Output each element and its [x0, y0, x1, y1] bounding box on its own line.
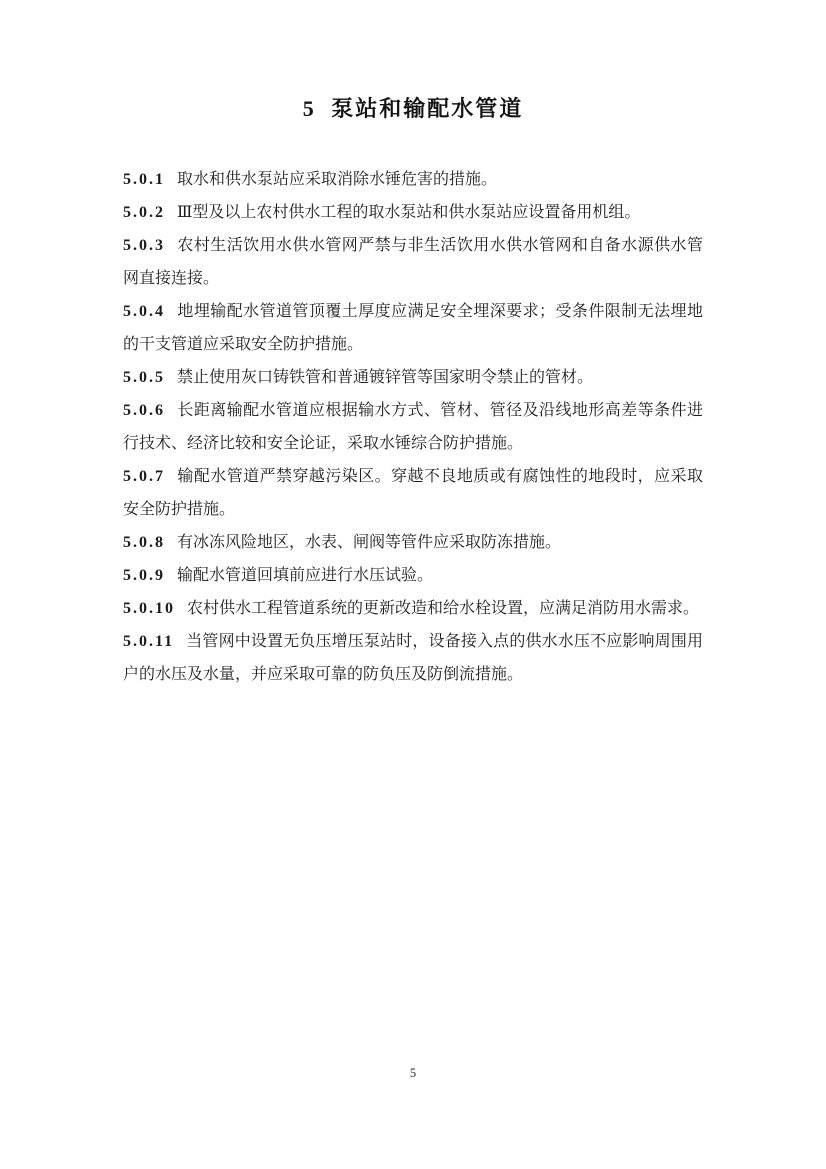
clause-number: 5.0.6	[123, 402, 165, 419]
page-number: 5	[410, 1066, 416, 1080]
page-title: 5 泵站和输配水管道	[0, 92, 826, 123]
clause-text: 地埋输配水管道管顶覆土厚度应满足安全埋深要求；受条件限制无法埋地的干支管道应采取…	[123, 303, 703, 353]
clause-number: 5.0.8	[123, 534, 165, 551]
clause-number: 5.0.9	[123, 567, 165, 584]
clause-list: 5.0.1取水和供水泵站应采取消除水锤危害的措施。 5.0.2Ⅲ型及以上农村供水…	[123, 163, 703, 691]
clause-5-0-6: 5.0.6长距离输配水管道应根据输水方式、管材、管径及沿线地形高差等条件进行技术…	[123, 394, 703, 460]
clause-number: 5.0.11	[123, 633, 174, 650]
clause-5-0-7: 5.0.7输配水管道严禁穿越污染区。穿越不良地质或有腐蚀性的地段时，应采取安全防…	[123, 460, 703, 526]
clause-number: 5.0.2	[123, 204, 165, 221]
clause-5-0-11: 5.0.11当管网中设置无负压增压泵站时，设备接入点的供水水压不应影响周围用户的…	[123, 625, 703, 691]
clause-text: 有冰冻风险地区，水表、闸阀等管件应采取防冻措施。	[177, 534, 561, 551]
clause-number: 5.0.7	[123, 468, 165, 485]
clause-text: 长距离输配水管道应根据输水方式、管材、管径及沿线地形高差等条件进行技术、经济比较…	[123, 402, 703, 452]
clause-number: 5.0.4	[123, 303, 165, 320]
page-footer: 5	[0, 1066, 826, 1081]
clause-5-0-4: 5.0.4地埋输配水管道管顶覆土厚度应满足安全埋深要求；受条件限制无法埋地的干支…	[123, 295, 703, 361]
clause-5-0-8: 5.0.8有冰冻风险地区，水表、闸阀等管件应采取防冻措施。	[123, 526, 703, 559]
clause-5-0-1: 5.0.1取水和供水泵站应采取消除水锤危害的措施。	[123, 163, 703, 196]
clause-5-0-10: 5.0.10农村供水工程管道系统的更新改造和给水栓设置，应满足消防用水需求。	[123, 592, 703, 625]
clause-5-0-2: 5.0.2Ⅲ型及以上农村供水工程的取水泵站和供水泵站应设置备用机组。	[123, 196, 703, 229]
clause-text: 取水和供水泵站应采取消除水锤危害的措施。	[177, 171, 497, 188]
clause-5-0-5: 5.0.5禁止使用灰口铸铁管和普通镀锌管等国家明令禁止的管材。	[123, 361, 703, 394]
clause-number: 5.0.1	[123, 171, 165, 188]
clause-text: Ⅲ型及以上农村供水工程的取水泵站和供水泵站应设置备用机组。	[177, 204, 640, 221]
clause-text: 农村生活饮用水供水管网严禁与非生活饮用水供水管网和自备水源供水管网直接连接。	[123, 237, 703, 287]
clause-text: 输配水管道严禁穿越污染区。穿越不良地质或有腐蚀性的地段时，应采取安全防护措施。	[123, 468, 703, 518]
clause-text: 当管网中设置无负压增压泵站时，设备接入点的供水水压不应影响周围用户的水压及水量，…	[123, 633, 703, 683]
clause-text: 禁止使用灰口铸铁管和普通镀锌管等国家明令禁止的管材。	[177, 369, 593, 386]
clause-number: 5.0.10	[123, 600, 175, 617]
clause-5-0-3: 5.0.3农村生活饮用水供水管网严禁与非生活饮用水供水管网和自备水源供水管网直接…	[123, 229, 703, 295]
clause-text: 输配水管道回填前应进行水压试验。	[177, 567, 433, 584]
clause-5-0-9: 5.0.9输配水管道回填前应进行水压试验。	[123, 559, 703, 592]
clause-text: 农村供水工程管道系统的更新改造和给水栓设置，应满足消防用水需求。	[187, 600, 699, 617]
clause-number: 5.0.5	[123, 369, 165, 386]
clause-number: 5.0.3	[123, 237, 165, 254]
document-page: 5 泵站和输配水管道 5.0.1取水和供水泵站应采取消除水锤危害的措施。 5.0…	[0, 0, 826, 1169]
